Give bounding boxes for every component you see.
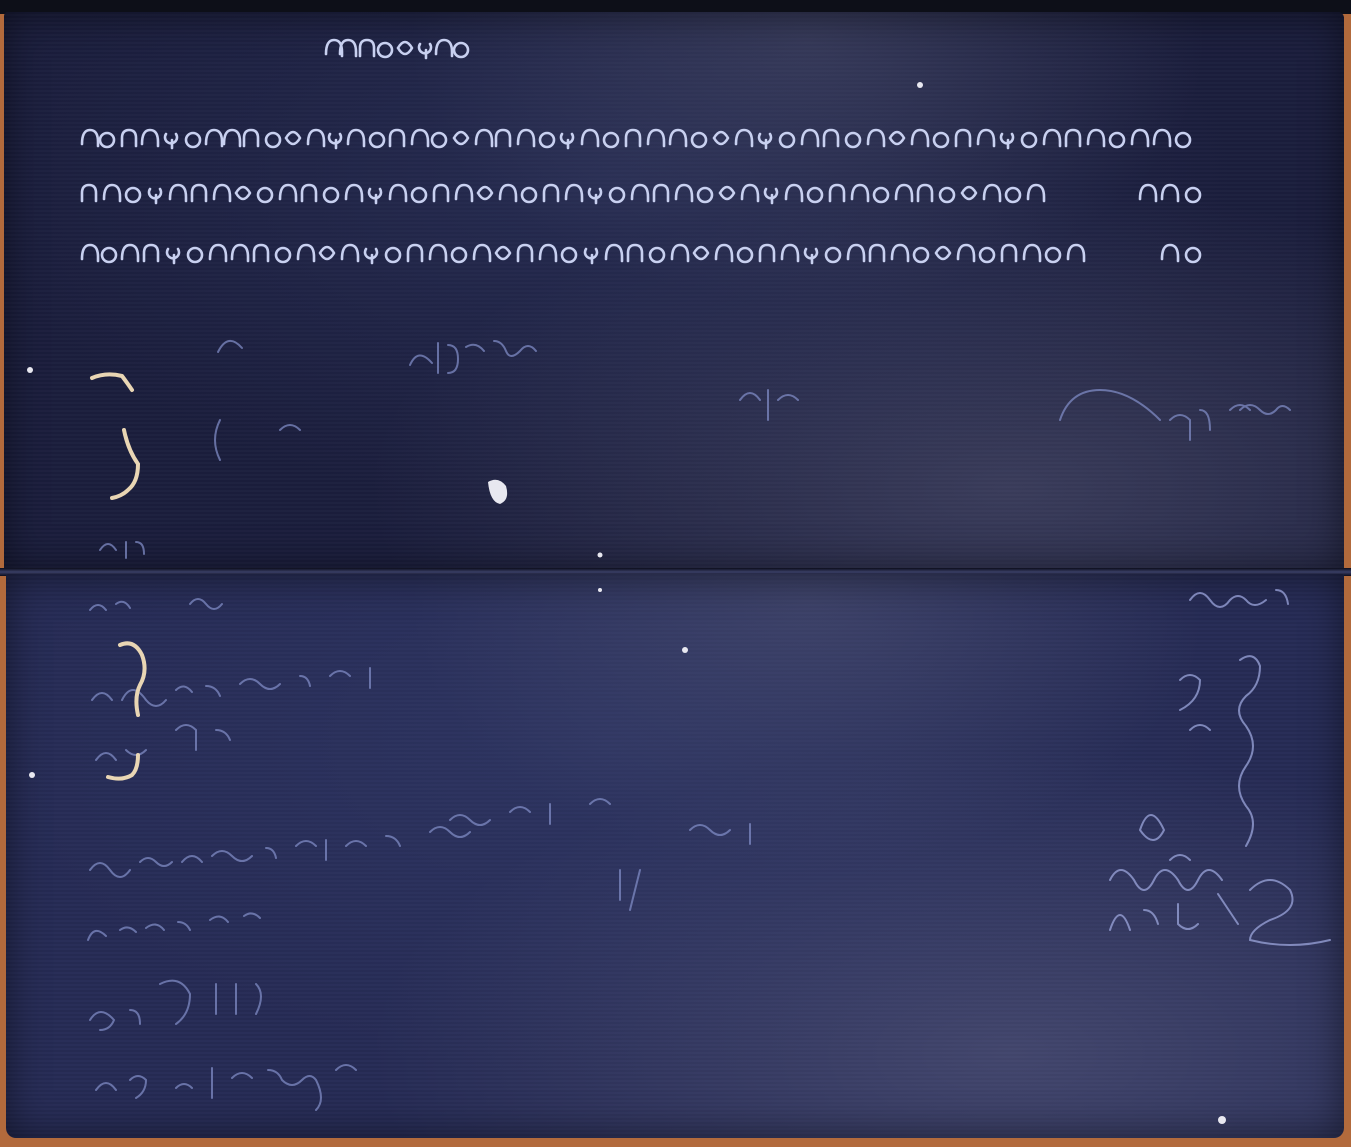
heading-script (326, 40, 468, 58)
margin-note-script (1110, 590, 1330, 945)
script-line-1 (82, 130, 1190, 148)
chalk-script-layer (0, 0, 1351, 1147)
script-line-3 (82, 245, 1200, 263)
faint-script-top (100, 341, 1290, 558)
faint-script-bottom (88, 599, 750, 1110)
surface-specks (27, 82, 1226, 1124)
stray-thread-upper (92, 374, 138, 498)
script-line-2 (82, 185, 1200, 203)
